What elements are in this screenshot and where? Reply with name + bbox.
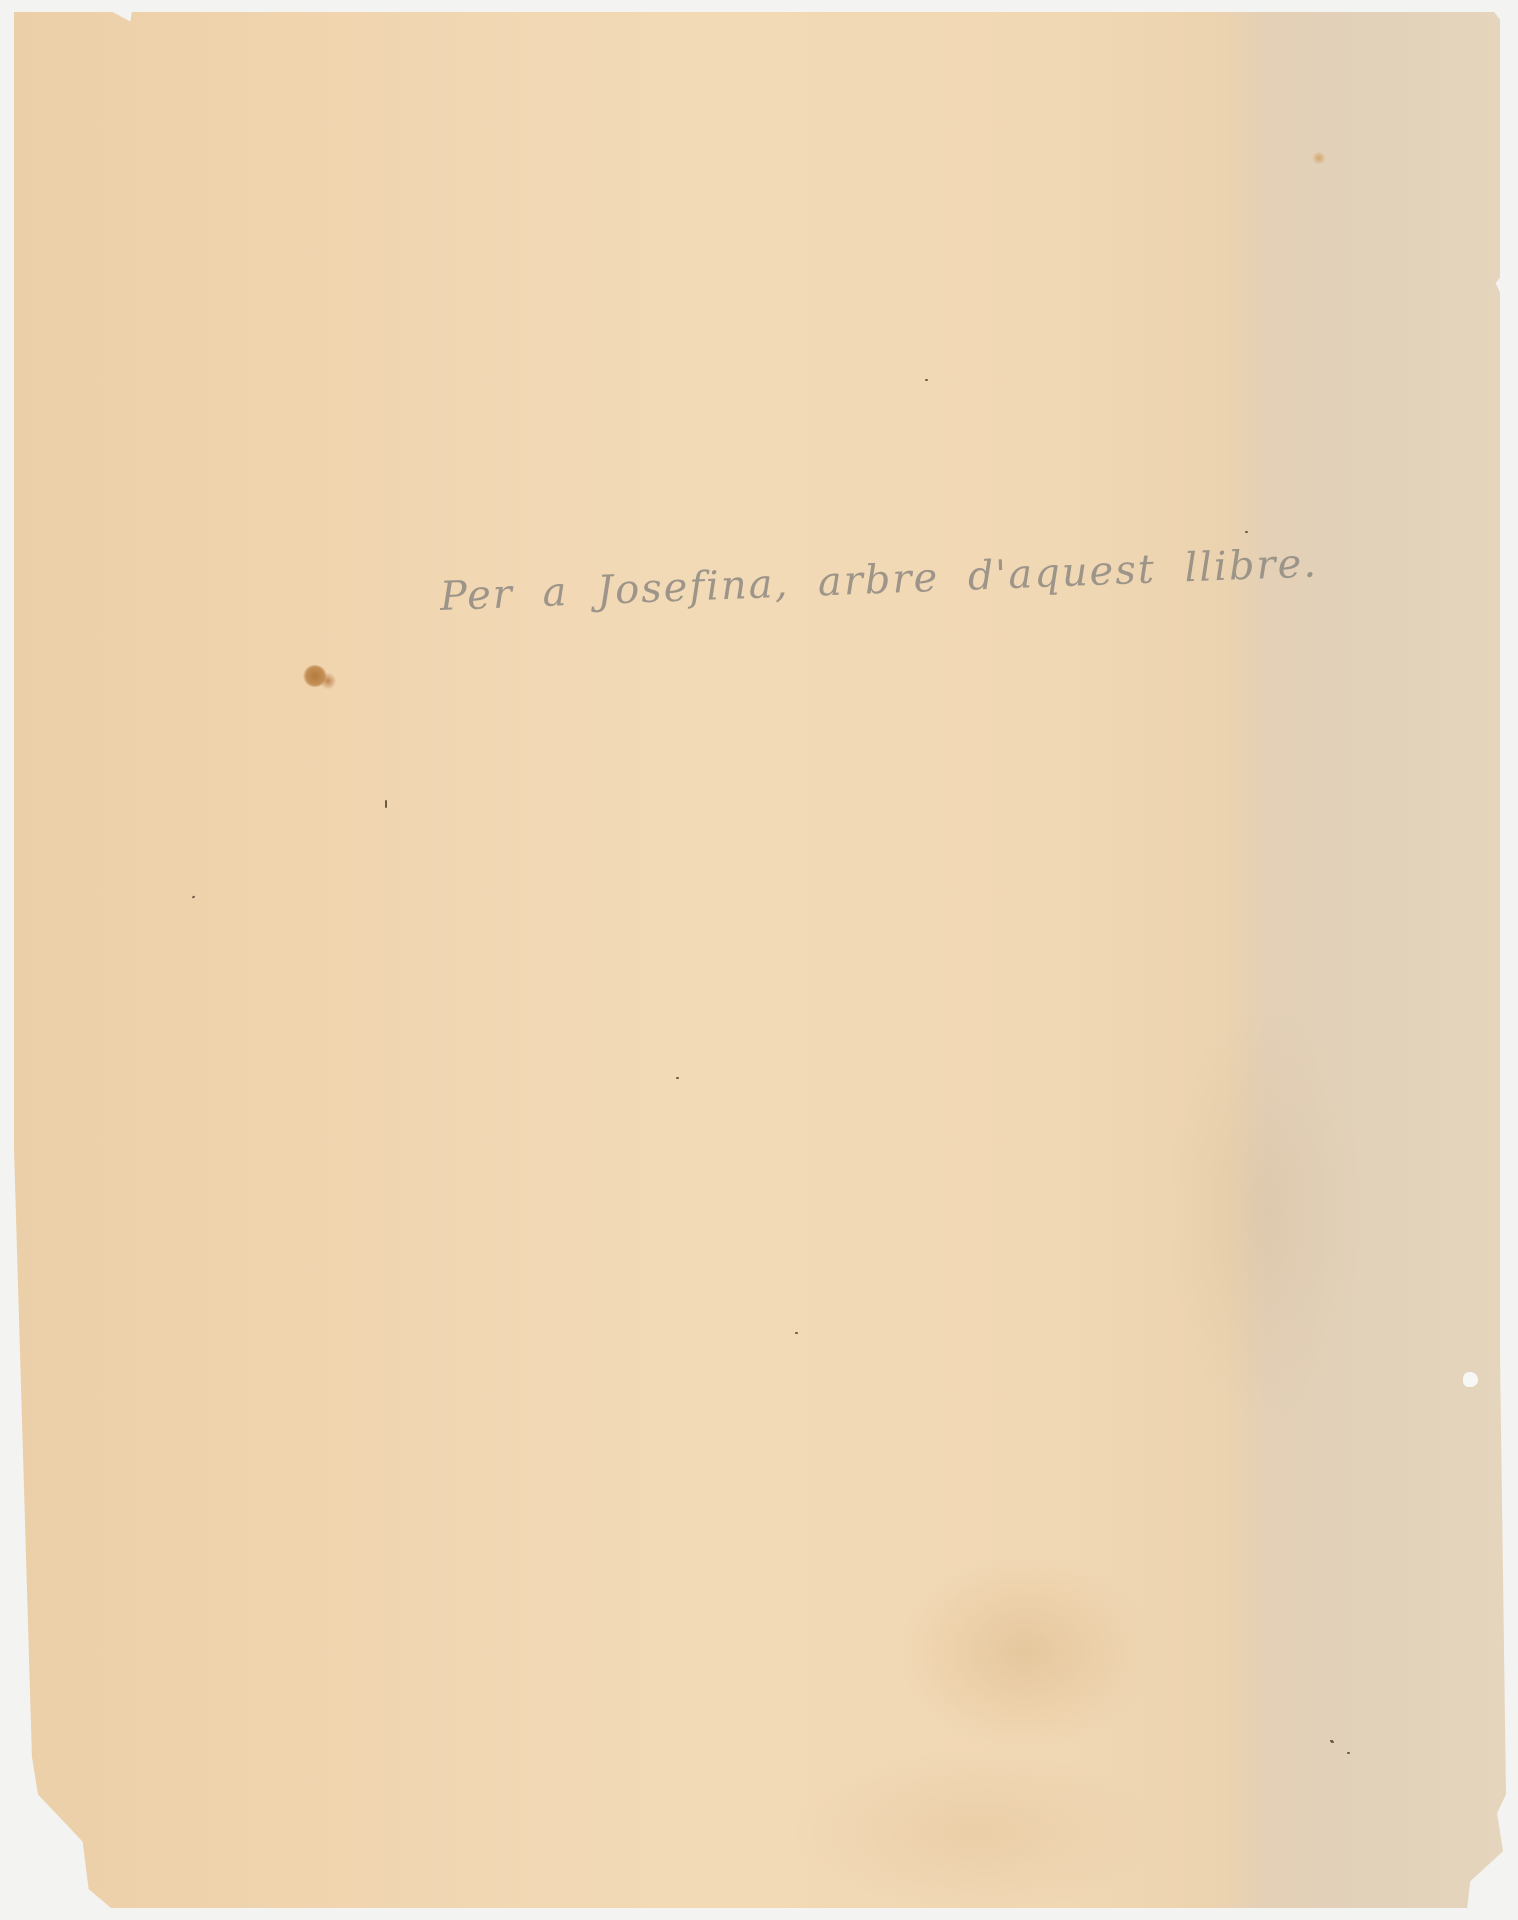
scanned-page: Per a Josefina, arbre d'aquest llibre. [0,0,1518,1920]
paper-speck [795,1332,798,1334]
paper-speck [925,379,928,381]
paper-fiber [385,800,387,808]
paper-hole [1463,1372,1478,1387]
paper-speck [1331,1741,1334,1743]
paper-speck [1245,531,1248,533]
brown-stain-secondary [320,673,336,689]
paper-speck [676,1077,679,1079]
paper-speck [1347,1752,1350,1754]
small-stain-top-right [1312,152,1326,164]
aged-paper-sheet [14,12,1506,1908]
